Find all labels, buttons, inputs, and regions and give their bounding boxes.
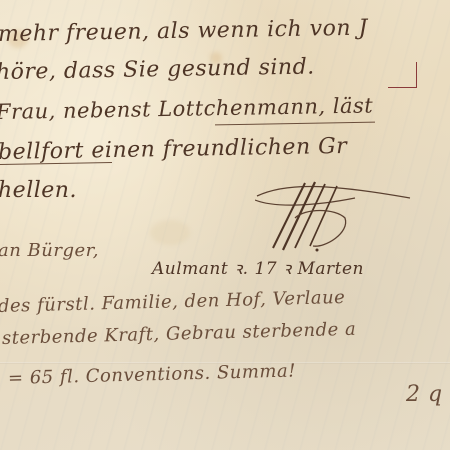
postscript-fragment: an Bürger, — [0, 240, 99, 261]
correction-bracket-mark — [388, 62, 417, 88]
margin-fragment: 2 q — [406, 382, 443, 407]
manuscript-page: mehr freuen, als wenn ich von J höre, da… — [0, 0, 450, 450]
paper-stain — [150, 220, 190, 245]
signature-monogram-icon — [255, 178, 415, 253]
date-line: Aulmant ꝛ. 17 ꝛ Marten — [152, 256, 364, 279]
body-line-5: hellen. — [0, 178, 77, 203]
